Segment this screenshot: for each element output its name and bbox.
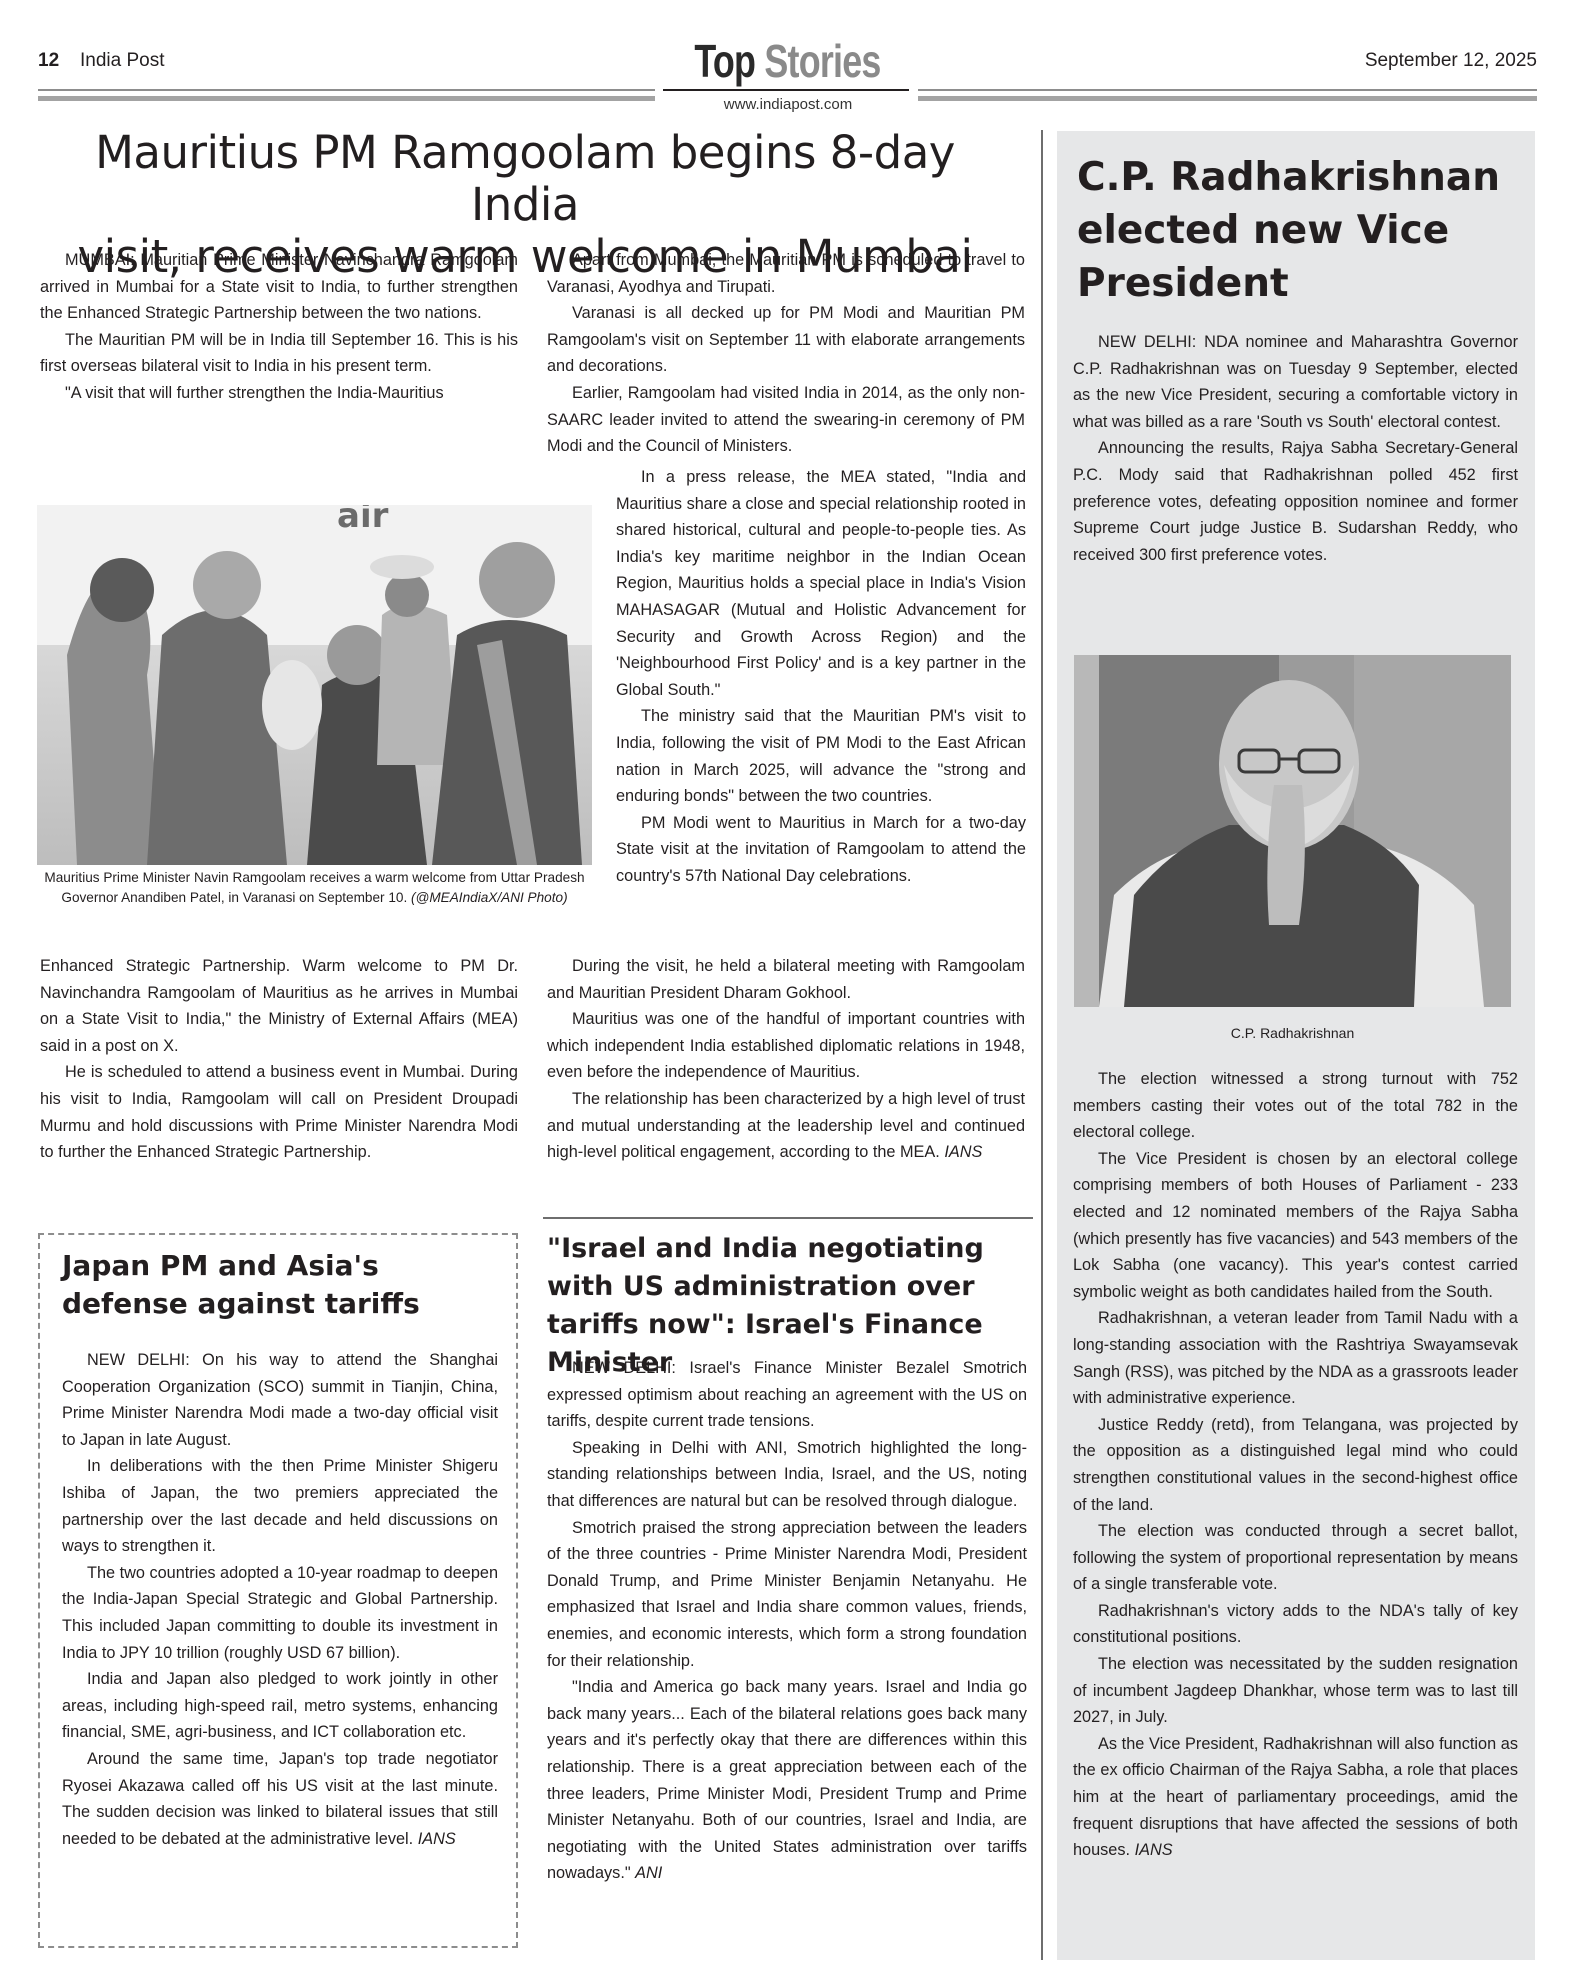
paragraph: Radhakrishnan, a veteran leader from Tam…: [1073, 1305, 1518, 1411]
sidebar-body-bottom: The election witnessed a strong turnout …: [1073, 1066, 1518, 1864]
byline: ANI: [635, 1864, 662, 1882]
sidebar-story: C.P. Radhakrishnan elected new Vice Pres…: [1057, 131, 1535, 1960]
lead-col2-bottom: During the visit, he held a bilateral me…: [547, 953, 1025, 1166]
column-divider-vertical: [1041, 130, 1043, 1960]
paragraph: The election witnessed a strong turnout …: [1073, 1066, 1518, 1146]
lead-photo: air: [37, 505, 592, 865]
lead-col2-wrap: In a press release, the MEA stated, "Ind…: [616, 464, 1026, 890]
paragraph: Earlier, Ramgoolam had visited India in …: [547, 380, 1025, 460]
section-divider-horizontal: [543, 1217, 1033, 1219]
publication-name: India Post: [80, 50, 165, 72]
paragraph: The Mauritian PM will be in India till S…: [40, 327, 518, 380]
photo-credit: (@MEAIndiaX/ANI Photo): [411, 890, 568, 905]
paragraph: Smotrich praised the strong appreciation…: [547, 1515, 1027, 1675]
paragraph: The election was conducted through a sec…: [1073, 1518, 1518, 1598]
paragraph: In deliberations with the then Prime Min…: [62, 1453, 498, 1559]
lead-photo-caption: Mauritius Prime Minister Navin Ramgoolam…: [37, 868, 592, 908]
byline: IANS: [418, 1830, 456, 1848]
paragraph: He is scheduled to attend a business eve…: [40, 1059, 518, 1165]
paragraph: Speaking in Delhi with ANI, Smotrich hig…: [547, 1435, 1027, 1515]
welcome-ceremony-photo-icon: air: [37, 505, 592, 865]
paragraph: NEW DELHI: On his way to attend the Shan…: [62, 1347, 498, 1453]
paragraph: Apart from Mumbai, the Mauritian PM is s…: [547, 247, 1025, 300]
paragraph: Justice Reddy (retd), from Telangana, wa…: [1073, 1412, 1518, 1518]
paragraph: As the Vice President, Radhakrishnan wil…: [1073, 1731, 1518, 1864]
paragraph: "A visit that will further strengthen th…: [40, 380, 518, 407]
sidebar-body-top: NEW DELHI: NDA nominee and Maharashtra G…: [1073, 329, 1518, 568]
paragraph: The ministry said that the Mauritian PM'…: [616, 703, 1026, 809]
lead-col1-bottom: Enhanced Strategic Partnership. Warm wel…: [40, 953, 518, 1166]
sidebar-photo-caption: C.P. Radhakrishnan: [1074, 1023, 1511, 1043]
paragraph: Radhakrishnan's victory adds to the NDA'…: [1073, 1598, 1518, 1651]
paragraph: The election was necessitated by the sud…: [1073, 1651, 1518, 1731]
masthead: 12 India Post Top Stories www.indiapost.…: [0, 0, 1575, 120]
sidebar-headline: C.P. Radhakrishnan elected new Vice Pres…: [1077, 151, 1517, 310]
portrait-photo-icon: [1074, 655, 1511, 1007]
paragraph: NEW DELHI: NDA nominee and Maharashtra G…: [1073, 329, 1518, 435]
lead-col1-top: MUMBAI: Mauritian Prime Minister Navinch…: [40, 247, 518, 407]
paragraph: The Vice President is chosen by an elect…: [1073, 1146, 1518, 1306]
byline: IANS: [944, 1143, 982, 1161]
japan-body: NEW DELHI: On his way to attend the Shan…: [62, 1347, 498, 1852]
paragraph: In a press release, the MEA stated, "Ind…: [616, 464, 1026, 703]
paragraph: India and Japan also pledged to work joi…: [62, 1666, 498, 1746]
sidebar-photo: [1074, 655, 1511, 1007]
website-link[interactable]: www.indiapost.com: [665, 96, 911, 113]
paragraph: NEW DELHI: Israel's Finance Minister Bez…: [547, 1355, 1027, 1435]
logo-underline: [663, 89, 909, 91]
section-logo-stories: Stories: [764, 35, 880, 87]
paragraph: Mauritius was one of the handful of impo…: [547, 1006, 1025, 1086]
japan-headline: Japan PM and Asia's defense against tari…: [62, 1247, 502, 1323]
paragraph: PM Modi went to Mauritius in March for a…: [616, 810, 1026, 890]
lead-col2-top: Apart from Mumbai, the Mauritian PM is s…: [547, 247, 1025, 460]
masthead-rule-right-thin: [918, 89, 1537, 91]
masthead-rule-left-thick: [38, 96, 655, 101]
paragraph: Around the same time, Japan's top trade …: [62, 1746, 498, 1852]
masthead-rule-right-thick: [918, 96, 1537, 101]
section-logo: Top Stories: [692, 36, 883, 86]
masthead-rule-left-thin: [38, 89, 655, 91]
paragraph: "India and America go back many years. I…: [547, 1674, 1027, 1887]
issue-date: September 12, 2025: [1365, 50, 1537, 72]
paragraph: During the visit, he held a bilateral me…: [547, 953, 1025, 1006]
paragraph: Varanasi is all decked up for PM Modi an…: [547, 300, 1025, 380]
paragraph-continued: Enhanced Strategic Partnership. Warm wel…: [40, 953, 518, 1059]
page-number: 12: [38, 50, 59, 72]
section-logo-top: Top: [694, 35, 755, 87]
svg-text:air: air: [337, 505, 389, 536]
paragraph-text: "India and America go back many years. I…: [547, 1678, 1027, 1882]
japan-story: Japan PM and Asia's defense against tari…: [38, 1233, 518, 1948]
paragraph: The relationship has been characterized …: [547, 1086, 1025, 1166]
byline: IANS: [1135, 1841, 1173, 1859]
paragraph: The two countries adopted a 10-year road…: [62, 1560, 498, 1666]
paragraph: Announcing the results, Rajya Sabha Secr…: [1073, 435, 1518, 568]
lead-headline-line1: Mauritius PM Ramgoolam begins 8-day Indi…: [95, 126, 955, 231]
paragraph: MUMBAI: Mauritian Prime Minister Navinch…: [40, 247, 518, 327]
israel-body: NEW DELHI: Israel's Finance Minister Bez…: [547, 1355, 1027, 1887]
